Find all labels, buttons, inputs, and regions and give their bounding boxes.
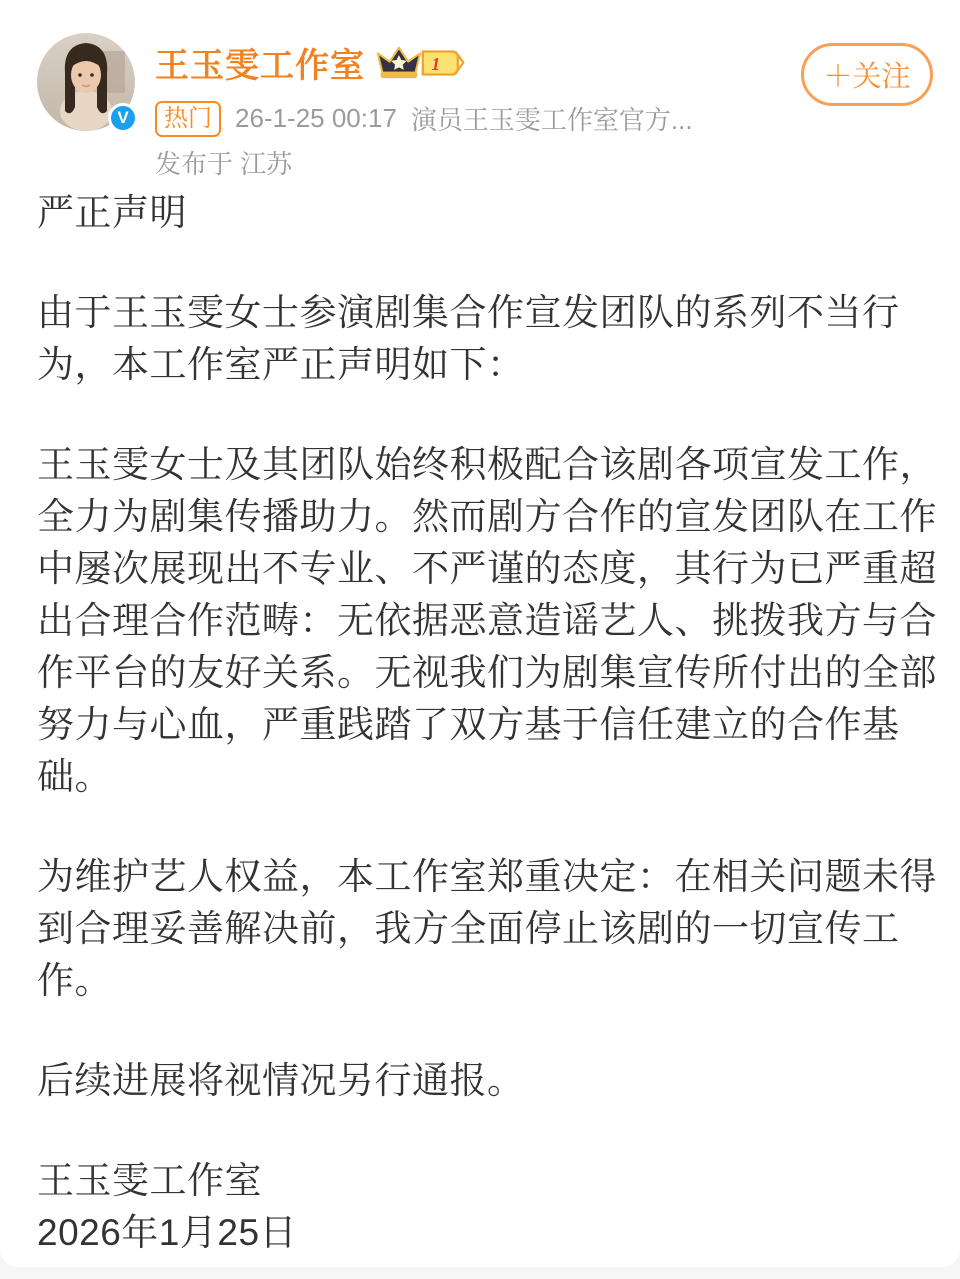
signature-date: 2026年1月25日 bbox=[37, 1207, 924, 1259]
post-text-line: 中屡次展现出不专业、不严谨的态度，其行为已严重超 bbox=[37, 543, 924, 595]
post-header: V 王玉雯工作室 1 热门 26-1-25 00:17 bbox=[0, 0, 960, 166]
avatar[interactable]: V bbox=[37, 33, 135, 131]
username-link[interactable]: 王玉雯工作室 bbox=[155, 38, 365, 87]
hot-tag[interactable]: 热门 bbox=[155, 101, 221, 137]
post-body: 严正声明 由于王玉雯女士参演剧集合作宣发团队的系列不当行 为，本工作室严正声明如… bbox=[0, 166, 960, 1259]
post-text-line: 由于王玉雯女士参演剧集合作宣发团队的系列不当行 bbox=[37, 287, 924, 339]
paragraph: 由于王玉雯女士参演剧集合作宣发团队的系列不当行 为，本工作室严正声明如下： bbox=[37, 287, 924, 391]
post-text-line: 作平台的友好关系。无视我们为剧集宣传所付出的全部 bbox=[37, 647, 924, 699]
paragraph: 严正声明 bbox=[37, 187, 924, 239]
page-background-strip bbox=[0, 1267, 960, 1279]
verified-badge-icon: V bbox=[108, 103, 138, 133]
svg-text:1: 1 bbox=[431, 53, 440, 73]
post-text-line: 作。 bbox=[37, 955, 924, 1007]
post-text-line: 出合理合作范畴：无依据恶意造谣艺人、挑拨我方与合 bbox=[37, 595, 924, 647]
signature-paragraph: 王玉雯工作室 2026年1月25日 bbox=[37, 1155, 924, 1259]
timestamp: 26-1-25 00:17 bbox=[235, 103, 397, 134]
weibo-post-card: V 王玉雯工作室 1 热门 26-1-25 00:17 bbox=[0, 0, 960, 1267]
post-text-line: 努力与心血，严重践踏了双方基于信任建立的合作基 bbox=[37, 699, 924, 751]
post-text-line: 全力为剧集传播助力。然而剧方合作的宣发团队在工作 bbox=[37, 491, 924, 543]
post-text-line: 严正声明 bbox=[37, 187, 924, 239]
post-text-line: 王玉雯女士及其团队始终积极配合该剧各项宣发工作， bbox=[37, 439, 924, 491]
post-text-line: 为，本工作室严正声明如下： bbox=[37, 339, 924, 391]
post-text-line: 为维护艺人权益，本工作室郑重决定：在相关问题未得 bbox=[37, 851, 924, 903]
paragraph: 为维护艺人权益，本工作室郑重决定：在相关问题未得 到合理妥善解决前，我方全面停止… bbox=[37, 851, 924, 1007]
signature-name: 王玉雯工作室 bbox=[37, 1155, 924, 1207]
location-line: 发布于 江苏 bbox=[155, 144, 923, 181]
paragraph: 王玉雯女士及其团队始终积极配合该剧各项宣发工作， 全力为剧集传播助力。然而剧方合… bbox=[37, 439, 924, 803]
post-text-line: 础。 bbox=[37, 751, 924, 803]
post-source: 演员王玉雯工作室官方... bbox=[411, 100, 693, 137]
post-text-line: 后续进展将视情况另行通报。 bbox=[37, 1055, 924, 1107]
paragraph: 后续进展将视情况另行通报。 bbox=[37, 1055, 924, 1107]
follow-button[interactable]: ＋关注 bbox=[801, 43, 933, 106]
vip-crown-icon[interactable]: 1 bbox=[375, 44, 467, 82]
post-text-line: 到合理妥善解决前，我方全面停止该剧的一切宣传工 bbox=[37, 903, 924, 955]
meta-row: 热门 26-1-25 00:17 演员王玉雯工作室官方... bbox=[155, 100, 923, 137]
